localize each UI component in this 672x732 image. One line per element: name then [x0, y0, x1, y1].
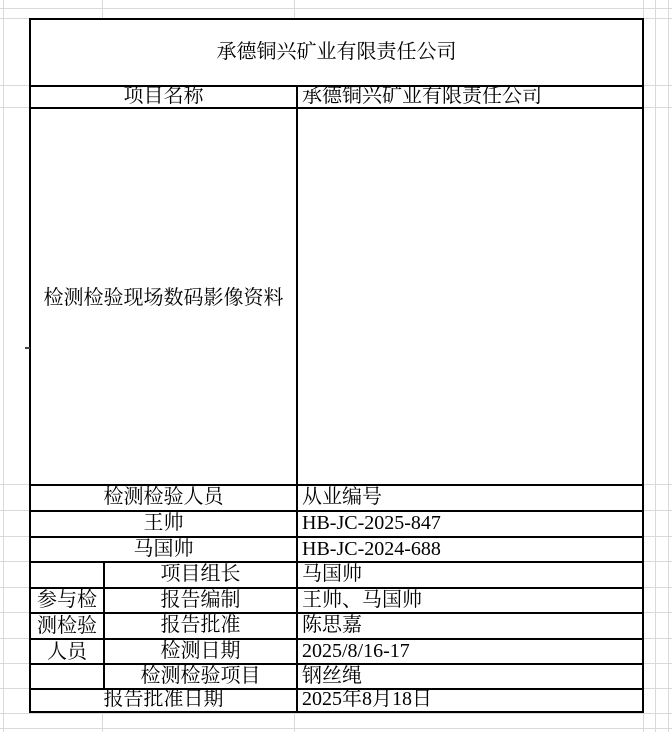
cell-detail-label-project-leader[interactable]: 项目组长 [105, 561, 296, 587]
sheet-gridline-v [643, 713, 644, 732]
sheet-gridline-h [0, 8, 672, 9]
cell-media-label[interactable]: 检测检验现场数码影像资料 [31, 107, 296, 484]
cell-detail-value-test-date[interactable]: 2025/8/16-17 [298, 638, 642, 664]
cell-detail-label-report-author[interactable]: 报告编制 [105, 587, 296, 613]
cell-project-label[interactable]: 项目名称 [31, 85, 296, 107]
cell-detail-value-report-approver[interactable]: 陈思嘉 [298, 612, 642, 638]
cell-media-blank[interactable] [298, 107, 642, 484]
sheet-gridline-v [643, 0, 644, 18]
cell-personnel-header-label[interactable]: 检测检验人员 [31, 484, 296, 510]
cell-approval-date-label[interactable]: 报告批准日期 [31, 688, 296, 711]
cell-person-name-2[interactable]: 马国帅 [31, 536, 296, 562]
spreadsheet-page: 承德铜兴矿业有限责任公司 项目名称 承德铜兴矿业有限责任公司 检测检验现场数码影… [0, 0, 672, 732]
cell-approval-date-value[interactable]: 2025年8月18日 [298, 688, 642, 711]
sheet-gridline-v [102, 713, 103, 732]
cell-person-license-1[interactable]: HB-JC-2025-847 [298, 510, 642, 536]
cell-detail-value-test-item[interactable]: 钢丝绳 [298, 663, 642, 689]
cell-project-value[interactable]: 承德铜兴矿业有限责任公司 [298, 85, 642, 107]
sheet-gridline-v [102, 0, 103, 18]
cell-detail-label-test-date[interactable]: 检测日期 [105, 638, 296, 664]
cell-detail-label-report-approver[interactable]: 报告批准 [105, 612, 296, 638]
cell-person-name-1[interactable]: 王帅 [31, 510, 296, 536]
sheet-gridline-h [0, 713, 672, 714]
cell-company-title[interactable]: 承德铜兴矿业有限责任公司 [31, 20, 642, 85]
sheet-gridline-v [294, 0, 295, 18]
cell-participants-label[interactable]: 参与检测检验人员 [31, 561, 103, 690]
report-cover-table: 承德铜兴矿业有限责任公司 项目名称 承德铜兴矿业有限责任公司 检测检验现场数码影… [29, 18, 644, 713]
cell-detail-label-test-item[interactable]: 检测检验项目 [105, 663, 296, 689]
cell-person-license-2[interactable]: HB-JC-2024-688 [298, 536, 642, 562]
border-tick [25, 347, 30, 349]
sheet-gridline-v [294, 713, 295, 732]
sheet-gridline-v [655, 0, 656, 732]
cell-license-header[interactable]: 从业编号 [298, 484, 642, 510]
sheet-gridline-h [0, 728, 672, 729]
cell-detail-value-report-author[interactable]: 王帅、马国帅 [298, 587, 642, 613]
sheet-gridline-v [668, 0, 669, 732]
sheet-gridline-v [3, 0, 4, 732]
cell-detail-value-project-leader[interactable]: 马国帅 [298, 561, 642, 587]
